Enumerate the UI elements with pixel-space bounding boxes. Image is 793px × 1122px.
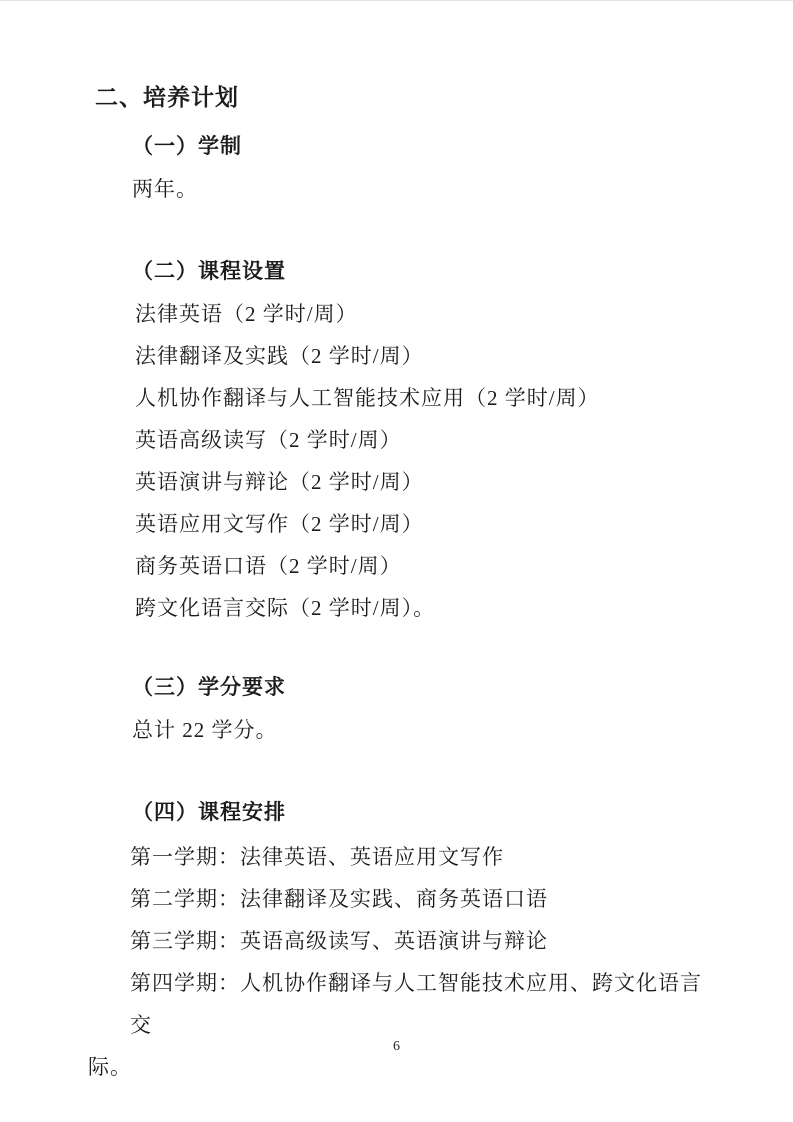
course-line: 英语演讲与辩论（2 学时/周） — [135, 461, 705, 503]
semester-line: 第二学期：法律翻译及实践、商务英语口语 — [130, 878, 705, 920]
section-heading-xuefen-yaoqiu: （三）学分要求 — [132, 667, 705, 709]
course-line: 英语应用文写作（2 学时/周） — [135, 503, 705, 545]
section-heading-xuezhi: （一）学制 — [132, 126, 705, 168]
course-line: 商务英语口语（2 学时/周） — [135, 545, 705, 587]
course-line: 英语高级读写（2 学时/周） — [135, 419, 705, 461]
course-line: 跨文化语言交际（2 学时/周）。 — [135, 587, 705, 629]
page-number: 6 — [0, 1037, 793, 1057]
doc-title: 二、培养计划 — [95, 76, 705, 118]
semester-line: 第三学期：英语高级读写、英语演讲与辩论 — [130, 920, 705, 962]
semester-line: 第一学期：法律英语、英语应用文写作 — [130, 836, 705, 878]
course-line: 法律翻译及实践（2 学时/周） — [135, 335, 705, 377]
xuezhi-body: 两年。 — [132, 168, 705, 210]
section-heading-kecheng-anpai: （四）课程安排 — [132, 792, 705, 834]
course-line: 人机协作翻译与人工智能技术应用（2 学时/周） — [135, 377, 705, 419]
semester-line: 第四学期：人机协作翻译与人工智能技术应用、跨文化语言交 — [130, 962, 705, 1046]
xuefen-body: 总计 22 学分。 — [132, 709, 705, 751]
course-line: 法律英语（2 学时/周） — [135, 293, 705, 335]
section-heading-kecheng-shezhi: （二）课程设置 — [132, 251, 705, 293]
document-page: 二、培养计划 （一）学制 两年。 （二）课程设置 法律英语（2 学时/周） 法律… — [0, 0, 793, 1122]
